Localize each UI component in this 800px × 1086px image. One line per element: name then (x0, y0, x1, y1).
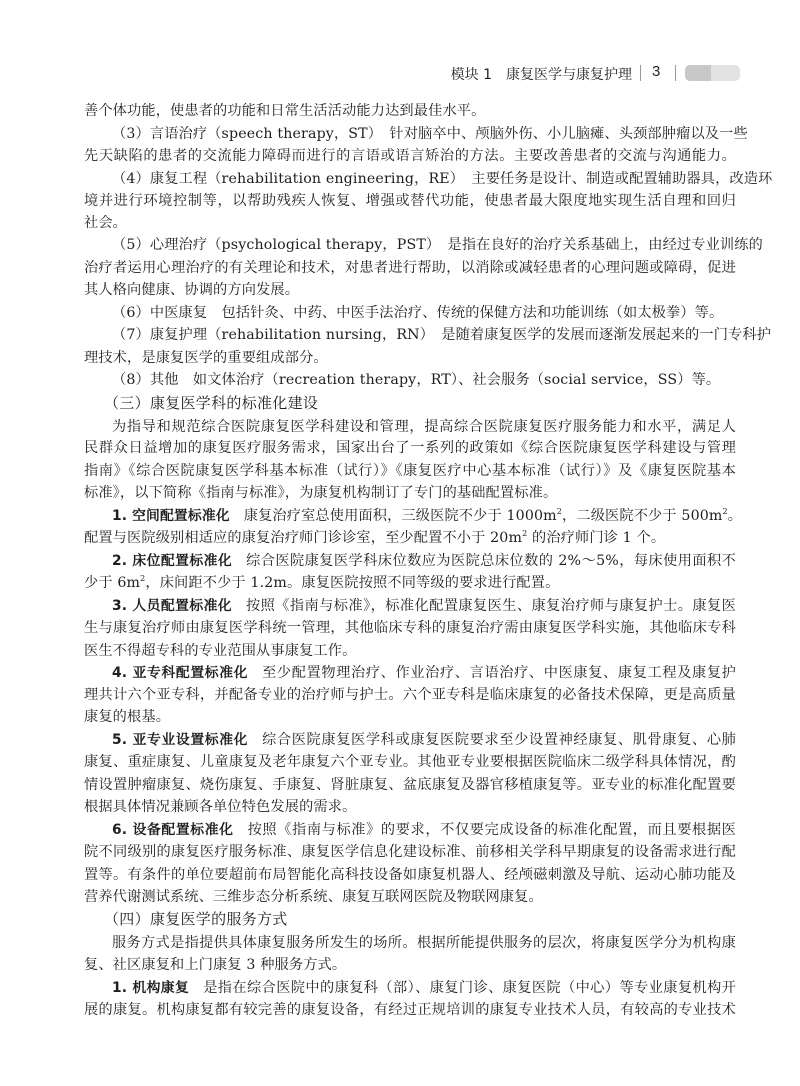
text-run: 生与康复治疗师由康复医学科统一管理，其他临床专科的康复治疗需由康复医学科实施，其… (84, 620, 736, 636)
text-line: 民群众日益增加的康复医疗服务需求，国家出台了一系列的政策如《综合医院康复医学科建… (84, 438, 736, 458)
text-run: 医生不得超专科的专业范围从事康复工作。 (84, 643, 356, 659)
item-title: 1. 机构康复 (112, 980, 189, 996)
text-line: 指南》《综合医院康复医学科基本标准（试行）》《康复医疗中心基本标准（试行）》及《… (84, 461, 736, 481)
text-run: 展的康复。机构康复都有较完善的康复设备，有经过正规培训的康复专业技术人员，有较高… (84, 1002, 736, 1018)
page-number: 3 (652, 63, 660, 80)
text-line: 5. 亚专业设置标准化综合医院康复医学科或康复医院要求至少设置神经康复、肌骨康复… (112, 730, 736, 750)
text-line: 生与康复治疗师由康复医学科统一管理，其他临床专科的康复治疗需由康复医学科实施，其… (84, 618, 736, 638)
section-heading: （四）康复医学的服务方式 (104, 909, 756, 929)
text-run: （四）康复医学的服务方式 (104, 910, 288, 928)
text-run: 社会。 (84, 215, 127, 231)
text-run: 综合医院康复医学科床位数应为医院总床位数的 2%～5%，每床使用面积不 (246, 553, 736, 569)
text-run: 综合医院康复医学科或康复医院要求至少设置神经康复、肌骨康复、心肺 (262, 732, 736, 748)
text-run: 其人格向健康、协调的方向发展。 (84, 282, 299, 298)
text-line: 理共计六个亚专科，并配备专业的治疗师与护士。六个亚专科是临床康复的必备技术保障，… (84, 685, 736, 705)
header-divider (675, 65, 676, 81)
text-line: 配置与医院级别相适应的康复治疗师门诊诊室，至少配置不小于 20m2 的治疗师门诊… (84, 528, 736, 548)
text-line: 1. 机构康复是指在综合医院中的康复科（部）、康复门诊、康复医院（中心）等专业康… (112, 978, 736, 998)
text-line: 院不同级别的康复医疗服务标准、康复医学信息化建设标准、前移相关学科早期康复的设备… (84, 842, 736, 862)
text-run: 复、社区康复和上门康复 3 种服务方式。 (84, 957, 346, 973)
item-title: 6. 设备配置标准化 (112, 822, 234, 838)
header-tab-shade (685, 65, 711, 81)
text-line: 康复、重症康复、儿童康复及老年康复六个亚专业。其他亚专业要根据医院临床二级学科具… (84, 752, 736, 772)
text-run: 服务方式是指提供具体康复服务所发生的场所。根据所能提供服务的层次，将康复医学分为… (112, 935, 736, 951)
text-run: 境并进行环境控制等，以帮助残疾人恢复、增强或替代功能，使患者最大限度地实现生活自… (84, 193, 736, 209)
text-run: 至少配置物理治疗、作业治疗、言语治疗、中医康复、康复工程及康复护 (262, 665, 736, 681)
text-line: 为指导和规范综合医院康复医学科建设和管理，提高综合医院康复医疗服务能力和水平，满… (112, 417, 736, 437)
text-line: 4. 亚专科配置标准化至少配置物理治疗、作业治疗、言语治疗、中医康复、康复工程及… (112, 663, 736, 683)
section-heading: （三）康复医学科的标准化建设 (104, 393, 756, 413)
module-title: 模块 1 康复医学与康复护理 (451, 64, 632, 84)
text-run: 配置与医院级别相适应的康复治疗师门诊诊室，至少配置不小于 20m (84, 530, 522, 546)
item-title: 5. 亚专业设置标准化 (112, 732, 248, 748)
text-run: （4）康复工程（rehabilitation engineering，RE） 主… (112, 171, 772, 187)
running-header: 模块 1 康复医学与康复护理 3 (0, 62, 800, 84)
text-line: 其人格向健康、协调的方向发展。 (84, 280, 736, 300)
text-run: 营养代谢测试系统、三维步态分析系统、康复互联网医院及物联网康复。 (84, 889, 543, 905)
text-run: 的治疗师门诊 1 个。 (527, 530, 665, 546)
text-line: 情设置肿瘤康复、烧伤康复、手康复、肾脏康复、盆底康复及器官移植康复等。亚专业的标… (84, 775, 736, 795)
text-line: （6）中医康复 包括针灸、中药、中医手法治疗、传统的保健方法和功能训练（如太极拳… (112, 303, 736, 323)
text-run: 是指在综合医院中的康复科（部）、康复门诊、康复医院（中心）等专业康复机构开 (203, 980, 736, 996)
text-run: 情设置肿瘤康复、烧伤康复、手康复、肾脏康复、盆底康复及器官移植康复等。亚专业的标… (84, 777, 736, 793)
text-line: （4）康复工程（rehabilitation engineering，RE） 主… (112, 169, 736, 189)
text-line: 医生不得超专科的专业范围从事康复工作。 (84, 641, 736, 661)
text-run: 根据具体情况兼顾各单位特色发展的需求。 (84, 799, 356, 815)
text-run: （7）康复护理（rehabilitation nursing，RN） 是随着康复… (112, 327, 771, 343)
header-tab-decoration (685, 65, 740, 81)
text-run: 院不同级别的康复医疗服务标准、康复医学信息化建设标准、前移相关学科早期康复的设备… (84, 844, 736, 860)
text-line: （8）其他 如文体治疗（recreation therapy，RT）、社会服务（… (112, 370, 736, 390)
text-line: 1. 空间配置标准化康复治疗室总使用面积，三级医院不少于 1000m2，二级医院… (112, 506, 736, 526)
text-run: 治疗者运用心理治疗的有关理论和技术，对患者进行帮助，以消除或减轻患者的心理问题或… (84, 260, 736, 276)
text-run: 理共计六个亚专科，并配备专业的治疗师与护士。六个亚专科是临床康复的必备技术保障，… (84, 687, 736, 703)
text-line: 康复的根基。 (84, 707, 736, 727)
text-line: 置等。有条件的单位要超前布局智能化高科技设备如康复机器人、经颅磁刺激及导航、运动… (84, 865, 736, 885)
text-line: （3）言语治疗（speech therapy，ST） 针对脑卒中、颅脑外伤、小儿… (112, 124, 736, 144)
text-run: 。 (728, 508, 742, 524)
item-title: 1. 空间配置标准化 (112, 508, 230, 524)
text-run: （6）中医康复 包括针灸、中药、中医手法治疗、传统的保健方法和功能训练（如太极拳… (112, 305, 723, 321)
text-line: （5）心理治疗（psychological therapy，PST） 是指在良好… (112, 235, 736, 255)
text-line: 理技术，是康复医学的重要组成部分。 (84, 348, 736, 368)
text-line: 服务方式是指提供具体康复服务所发生的场所。根据所能提供服务的层次，将康复医学分为… (112, 933, 736, 953)
text-line: 先天缺陷的患者的交流能力障碍而进行的言语或语言矫治的方法。主要改善患者的交流与沟… (84, 146, 736, 166)
item-title: 4. 亚专科配置标准化 (112, 665, 248, 681)
text-run: 康复治疗室总使用面积，三级医院不少于 1000m (244, 508, 557, 524)
text-run: 指南》《综合医院康复医学科基本标准（试行）》《康复医疗中心基本标准（试行）》及《… (84, 463, 736, 479)
text-run: 按照《指南与标准》，标准化配置康复医生、康复治疗师与康复护士。康复医 (246, 598, 736, 614)
text-run: （8）其他 如文体治疗（recreation therapy，RT）、社会服务（… (112, 372, 720, 388)
text-run: 少于 6m (84, 575, 140, 591)
text-line: 展的康复。机构康复都有较完善的康复设备，有经过正规培训的康复专业技术人员，有较高… (84, 1000, 736, 1020)
text-run: 先天缺陷的患者的交流能力障碍而进行的言语或语言矫治的方法。主要改善患者的交流与沟… (84, 148, 736, 164)
item-title: 2. 床位配置标准化 (112, 553, 232, 569)
text-run: ，床间距不少于 1.2m。康复医院按照不同等级的要求进行配置。 (145, 575, 559, 591)
text-run: 按照《指南与标准》的要求，不仅要完成设备的标准化配置，而且要根据医 (248, 822, 736, 838)
text-run: 善个体功能，使患者的功能和日常生活活动能力达到最佳水平。 (84, 103, 485, 119)
text-line: 营养代谢测试系统、三维步态分析系统、康复互联网医院及物联网康复。 (84, 887, 736, 907)
text-line: 6. 设备配置标准化按照《指南与标准》的要求，不仅要完成设备的标准化配置，而且要… (112, 820, 736, 840)
text-run: ，二级医院不少于 500m (562, 508, 723, 524)
text-line: 标准》，以下简称《指南与标准》，为康复机构制订了专门的基础配置标准。 (84, 483, 736, 503)
text-run: 标准》，以下简称《指南与标准》，为康复机构制订了专门的基础配置标准。 (84, 485, 557, 501)
text-line: 治疗者运用心理治疗的有关理论和技术，对患者进行帮助，以消除或减轻患者的心理问题或… (84, 258, 736, 278)
text-line: 境并进行环境控制等，以帮助残疾人恢复、增强或替代功能，使患者最大限度地实现生活自… (84, 191, 736, 211)
text-run: 理技术，是康复医学的重要组成部分。 (84, 350, 328, 366)
text-line: 善个体功能，使患者的功能和日常生活活动能力达到最佳水平。 (84, 101, 736, 121)
text-run: 康复的根基。 (84, 709, 170, 725)
text-run: （三）康复医学科的标准化建设 (104, 394, 318, 412)
text-line: 根据具体情况兼顾各单位特色发展的需求。 (84, 797, 736, 817)
text-run: 康复、重症康复、儿童康复及老年康复六个亚专业。其他亚专业要根据医院临床二级学科具… (84, 754, 736, 770)
text-run: 为指导和规范综合医院康复医学科建设和管理，提高综合医院康复医疗服务能力和水平，满… (112, 419, 736, 435)
header-divider (640, 65, 641, 81)
text-line: 社会。 (84, 213, 736, 233)
item-title: 3. 人员配置标准化 (112, 598, 232, 614)
text-run: 置等。有条件的单位要超前布局智能化高科技设备如康复机器人、经颅磁刺激及导航、运动… (84, 867, 736, 883)
text-line: 复、社区康复和上门康复 3 种服务方式。 (84, 955, 736, 975)
text-line: 2. 床位配置标准化综合医院康复医学科床位数应为医院总床位数的 2%～5%，每床… (112, 551, 736, 571)
text-line: 3. 人员配置标准化按照《指南与标准》，标准化配置康复医生、康复治疗师与康复护士… (112, 596, 736, 616)
text-run: （5）心理治疗（psychological therapy，PST） 是指在良好… (112, 237, 763, 253)
text-line: （7）康复护理（rehabilitation nursing，RN） 是随着康复… (112, 325, 736, 345)
text-run: 民群众日益增加的康复医疗服务需求，国家出台了一系列的政策如《综合医院康复医学科建… (84, 440, 736, 456)
text-line: 少于 6m2，床间距不少于 1.2m。康复医院按照不同等级的要求进行配置。 (84, 573, 736, 593)
text-run: （3）言语治疗（speech therapy，ST） 针对脑卒中、颅脑外伤、小儿… (112, 126, 748, 142)
